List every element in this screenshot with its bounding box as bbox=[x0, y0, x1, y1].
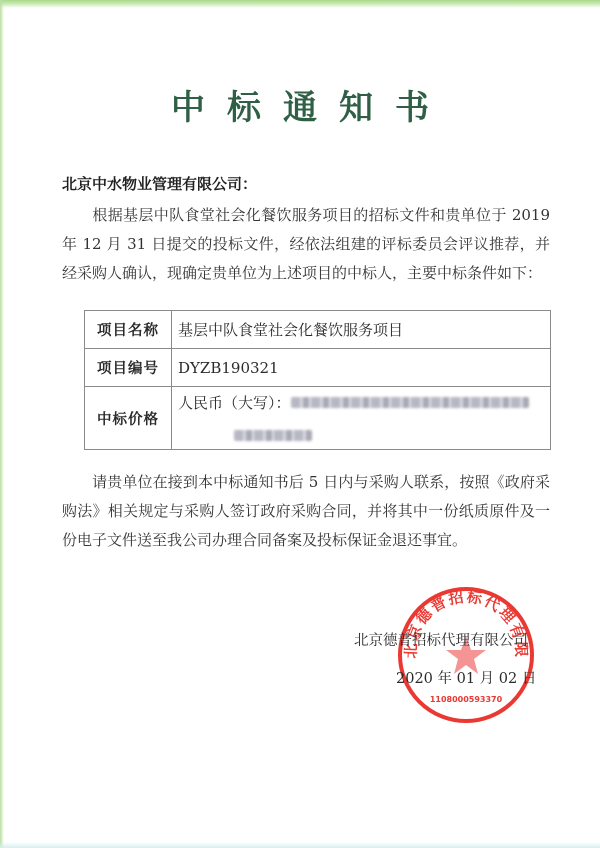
price-line-2 bbox=[178, 427, 544, 445]
paragraph-instructions-text: 请贵单位在接到本中标通知书后 5 日内与采购人联系，按照《政府采购法》相关规定与… bbox=[62, 473, 550, 549]
paragraph-intro-text: 根据基层中队食堂社会化餐饮服务项目的招标文件和贵单位于 2019 年 12 月 … bbox=[62, 206, 550, 282]
label-award-price: 中标价格 bbox=[85, 387, 172, 450]
paragraph-instructions: 请贵单位在接到本中标通知书后 5 日内与采购人联系，按照《政府采购法》相关规定与… bbox=[62, 468, 550, 555]
page-frame-top bbox=[0, 0, 600, 8]
redacted-amount-text bbox=[291, 397, 529, 408]
redacted-amount-number bbox=[234, 430, 312, 441]
addressee: 北京中水物业管理有限公司： bbox=[62, 173, 257, 194]
table-row: 项目编号 DYZB190321 bbox=[85, 349, 551, 387]
page-frame-bottom bbox=[0, 842, 600, 848]
svg-text:1108000593370: 1108000593370 bbox=[430, 695, 503, 704]
table-row: 项目名称 基层中队食堂社会化餐饮服务项目 bbox=[85, 311, 551, 349]
paragraph-intro: 根据基层中队食堂社会化餐饮服务项目的招标文件和贵单位于 2019 年 12 月 … bbox=[62, 201, 550, 288]
signoff-date: 2020 年 01 月 02 日 bbox=[396, 667, 536, 688]
value-project-number: DYZB190321 bbox=[172, 349, 551, 387]
price-prefix: 人民币（大写）： bbox=[178, 392, 291, 413]
signoff-organization: 北京德普招标代理有限公司 bbox=[354, 629, 528, 650]
value-project-name: 基层中队食堂社会化餐饮服务项目 bbox=[172, 311, 551, 349]
table-row: 中标价格 人民币（大写）： bbox=[85, 387, 551, 450]
label-project-name: 项目名称 bbox=[85, 311, 172, 349]
label-project-number: 项目编号 bbox=[85, 349, 172, 387]
award-info-table: 项目名称 基层中队食堂社会化餐饮服务项目 项目编号 DYZB190321 中标价… bbox=[84, 310, 551, 450]
company-seal-icon: 北京德普招标代理有限公司 1108000593370 bbox=[395, 584, 537, 726]
document-title: 中标通知书 bbox=[0, 80, 600, 129]
price-line-1: 人民币（大写）： bbox=[178, 392, 544, 413]
value-award-price: 人民币（大写）： bbox=[172, 387, 551, 450]
